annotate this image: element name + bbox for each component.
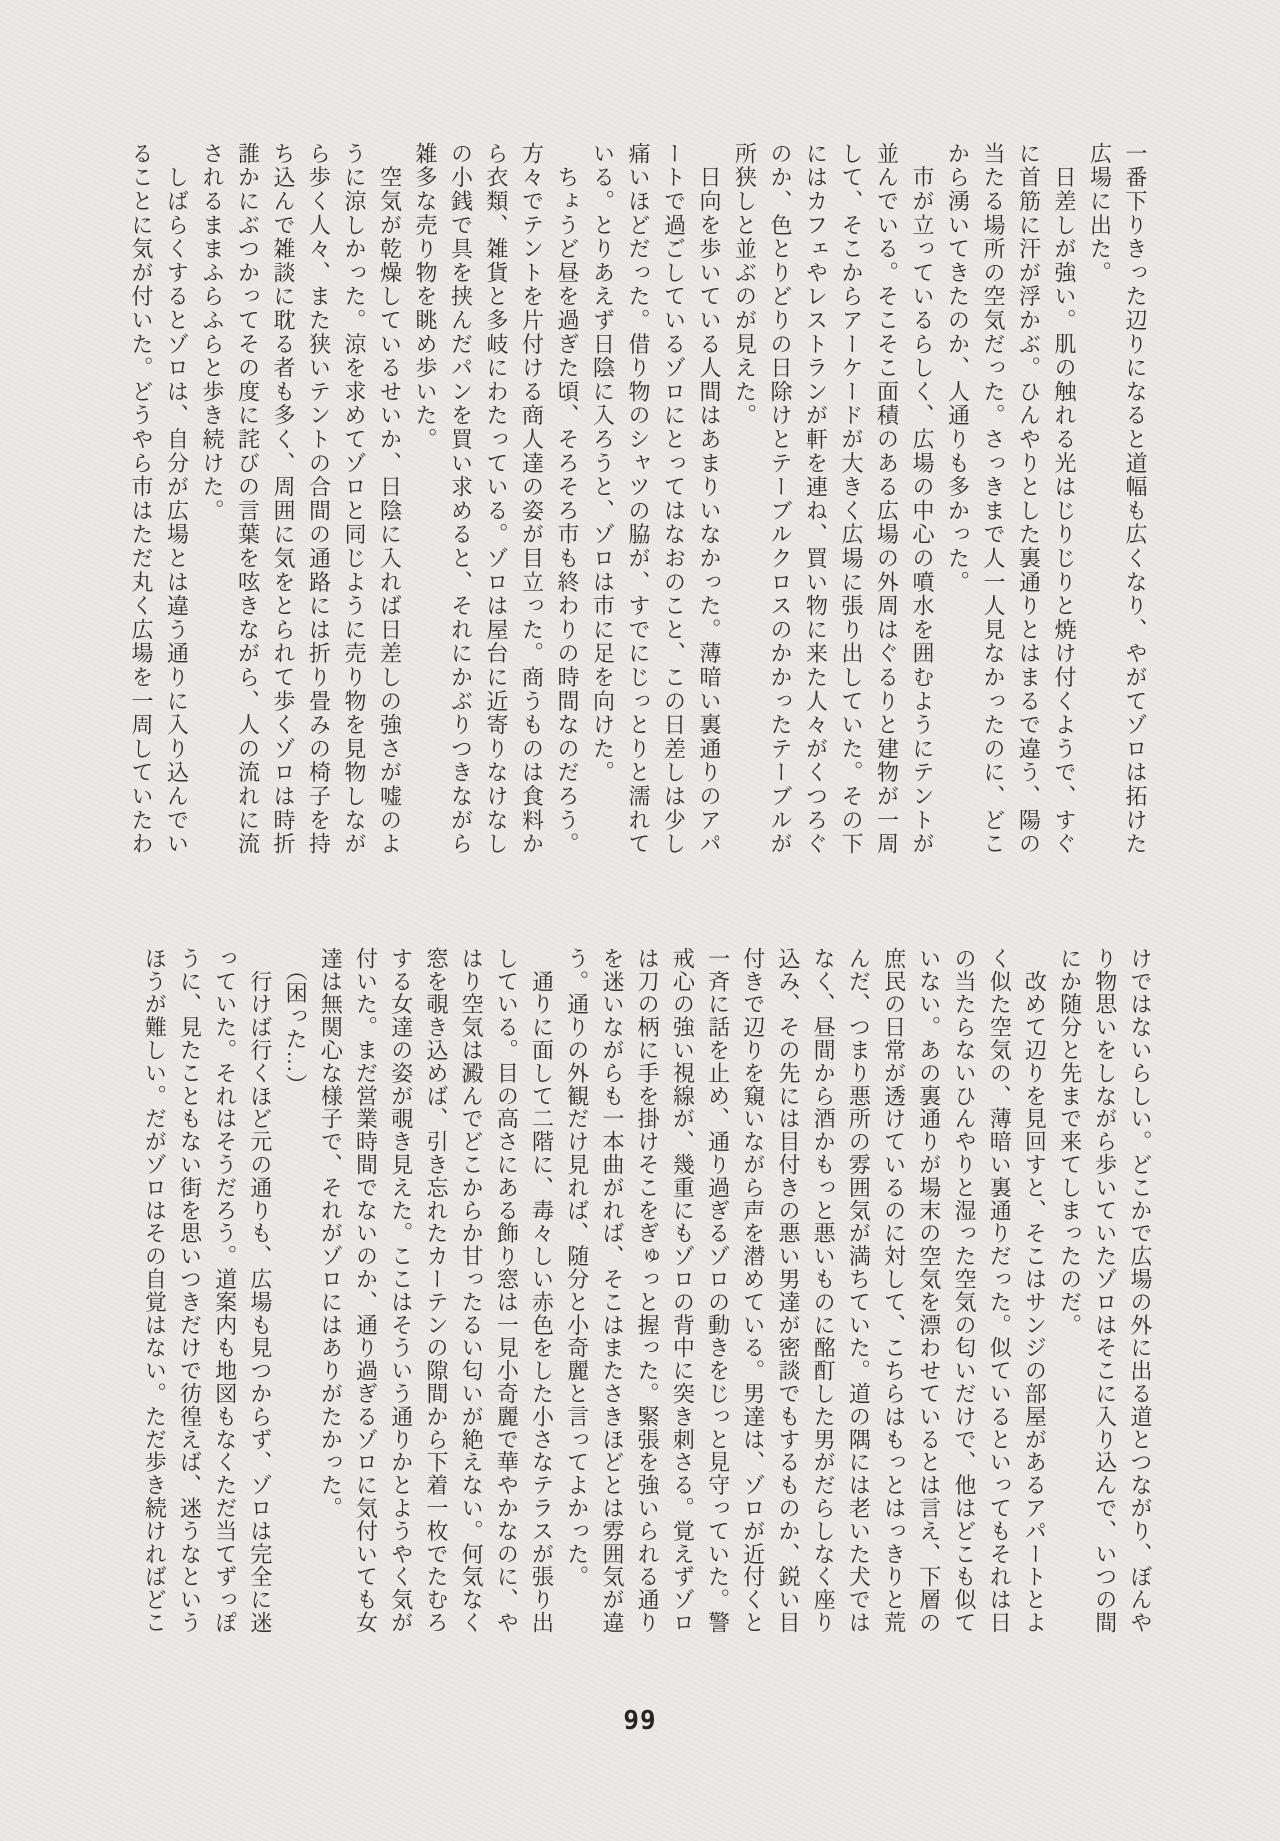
paragraph: しばらくするとゾロは、自分が広場とは違う通りに入り込んでいることに気が付いた。ど… xyxy=(124,142,195,858)
scanned-novel-page: 一番下りきった辺りになると道幅も広くなり、やがてゾロは拓けた広場に出た。 日差し… xyxy=(0,0,1280,1841)
paragraph: 改めて辺りを見回すと、そこはサンジの部屋があるアパートとよく似た空気の、薄暗い裏… xyxy=(560,947,1053,1636)
paragraph: （困った…） xyxy=(278,947,313,1636)
top-text-block: 一番下りきった辺りになると道幅も広くなり、やがてゾロは拓けた広場に出た。 日差し… xyxy=(121,142,1153,858)
paragraph: 空気が乾燥しているせいか、日陰に入れば日差しの強さが嘘のように涼しかった。涼を求… xyxy=(195,142,408,858)
paragraph: 日向を歩いている人間はあまりいなかった。薄暗い裏通りのアパートで過ごしているゾロ… xyxy=(585,142,727,858)
paragraph: 行けば行くほど元の通りも、広場も見つからず、ゾロは完全に迷っていた。それはそうだ… xyxy=(137,947,278,1636)
paragraph: 市が立っているらしく、広場の中心の噴水を囲むようにテントが並んでいる。そこそこ面… xyxy=(727,142,940,858)
paragraph: ちょうど昼を過ぎた頃、そろそろ市も終わりの時間なのだろう。方々でテントを片付ける… xyxy=(408,142,586,858)
paragraph: けではないらしい。どこかで広場の外に出る道とつながり、ぼんやり物思いをしながら歩… xyxy=(1052,947,1158,1636)
page-number: 99 xyxy=(0,1706,1280,1736)
paragraph: 通りに面して二階に、毒々しい赤色をした小さなテラスが張り出している。目の高さにあ… xyxy=(313,947,559,1636)
bottom-text-block: けではないらしい。どこかで広場の外に出る道とつながり、ぼんやり物思いをしながら歩… xyxy=(134,947,1158,1636)
paragraph: 一番下りきった辺りになると道幅も広くなり、やがてゾロは拓けた広場に出た。 xyxy=(1082,142,1153,858)
paragraph: 日差しが強い。肌の触れる光はじりじりと焼け付くようで、すぐに首筋に汗が浮かぶ。ひ… xyxy=(940,142,1082,858)
